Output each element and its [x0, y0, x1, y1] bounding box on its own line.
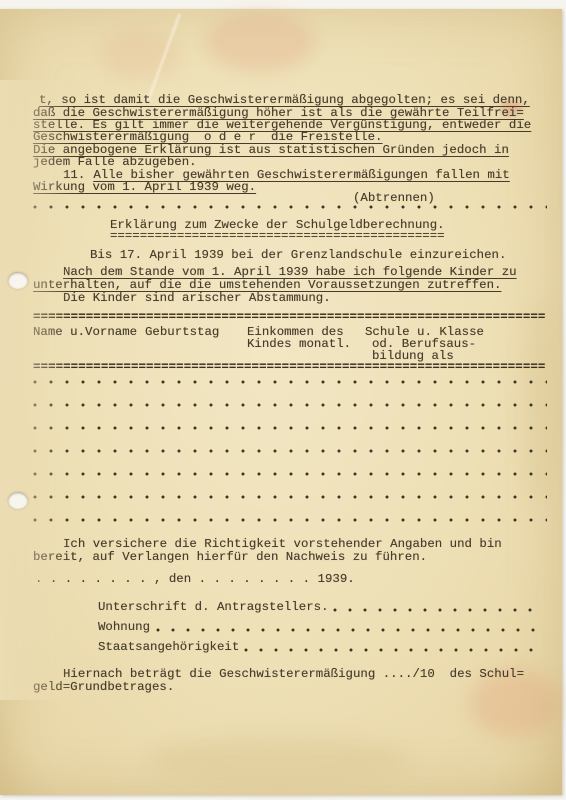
notice-line-8-text: Wirkung vom 1. April 1939 weg. — [33, 180, 256, 194]
residence-label: Wohnung — [98, 621, 150, 634]
table-header-name: Name u.Vorname — [33, 326, 137, 339]
table-empty-row — [33, 517, 547, 523]
residence-fill-line — [156, 627, 542, 633]
notice-line-4-text: Geschwisterermäßigung o d e r die Freist… — [33, 130, 382, 144]
table-separator-top: ========================================… — [33, 311, 545, 324]
notice-line-6-text: jedem Falle abzugeben. — [33, 155, 197, 169]
cut-here-dotted-line — [33, 204, 547, 210]
declaration-title-underline: ========================================… — [110, 230, 445, 243]
punch-hole-bottom — [8, 492, 28, 509]
table-header-income-2: Kindes monatl. — [247, 338, 351, 351]
declaration-statement-1-text: Nach dem Stande vom 1. April 1939 habe i… — [63, 265, 517, 279]
table-empty-row — [33, 471, 547, 477]
affirmation-line-2: bereit, auf Verlangen hierfür den Nachwe… — [33, 551, 427, 564]
signature-label: Unterschrift d. Antragstellers. — [98, 601, 329, 614]
declaration-statement-2-text: unterhalten, auf die die umstehenden Vor… — [33, 278, 501, 292]
punch-hole-top — [8, 272, 28, 289]
footer-line-2: geld=Grundbetrages. — [33, 681, 174, 694]
declaration-deadline: Bis 17. April 1939 bei der Grenzlandschu… — [90, 249, 506, 262]
declaration-statement-3: Die Kinder sind arischer Abstammung. — [63, 292, 331, 305]
nationality-label: Staatsangehörigkeit — [98, 641, 239, 654]
signature-fill-line — [333, 607, 543, 613]
notice-line-8: Wirkung vom 1. April 1939 weg. — [33, 181, 256, 194]
table-empty-row — [33, 402, 547, 408]
table-header-birthdate: Geburtstag — [145, 326, 219, 339]
notice-line-1-text: t, so ist damit die Geschwisterermäßigun… — [39, 93, 530, 107]
place-date-line: . . . . . . . . , den . . . . . . . . 19… — [35, 573, 355, 586]
typewritten-content: t, so ist damit die Geschwisterermäßigun… — [0, 0, 566, 800]
table-empty-row — [33, 425, 547, 431]
scanned-document: t, so ist damit die Geschwisterermäßigun… — [0, 0, 566, 800]
nationality-fill-line — [244, 647, 542, 653]
table-separator-bottom: ========================================… — [33, 361, 545, 374]
table-empty-row — [33, 448, 547, 454]
table-empty-row — [33, 494, 547, 500]
table-empty-row — [33, 379, 547, 385]
